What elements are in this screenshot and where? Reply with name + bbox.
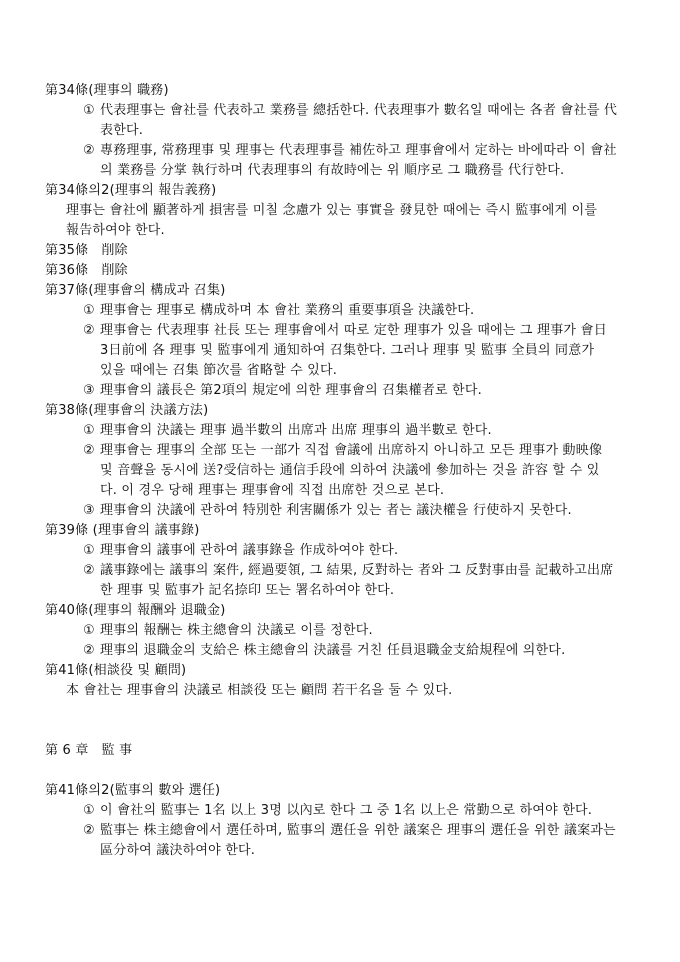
item-number-marker: ③ [83,381,100,401]
numbered-item-continuation: 다. 이 경우 당해 理事는 理事會에 직접 出席한 것으로 본다. [45,481,635,501]
numbered-item-line: ②監事는 株主總會에서 選任하며, 監事의 選任을 위한 議案은 理事의 選任을… [45,821,635,841]
item-text: 理事會의 議事에 관하여 議事錄을 作成하여야 한다. [100,543,398,558]
numbered-item-line: ②理事會는 代表理事 社長 또는 理事會에서 따로 定한 理事가 있을 때에는 … [45,321,635,341]
article-header: 第41條의2(監事의 數와 選任) [45,781,635,801]
numbered-item-continuation: 한 理事 및 監事가 記名捺印 또는 署名하여야 한다. [45,581,635,601]
item-number-marker: ③ [83,501,100,521]
item-text: 理事의 報酬는 株主總會의 決議로 이를 정한다. [100,623,373,638]
numbered-item-line: ①理事會의 議事에 관하여 議事錄을 作成하여야 한다. [45,541,635,561]
item-number-marker: ② [83,561,100,581]
item-text: 理事會는 理事로 構成하며 本 會社 業務의 重要事項을 決議한다. [100,303,474,318]
numbered-item-line: ①理事會의 決議는 理事 過半數의 出席과 出席 理事의 過半數로 한다. [45,421,635,441]
document-body: 第34條(理事의 職務)①代表理事는 會社를 代表하고 業務를 總括한다. 代表… [45,81,635,861]
item-text: 專務理事, 常務理事 및 理事는 代表理事를 補佐하고 理事會에서 定하는 바에… [100,143,617,158]
paragraph-line: 本 會社는 理事會의 決議로 相談役 또는 顧問 若干名을 둘 수 있다. [45,681,635,701]
item-text: 監事는 株主總會에서 選任하며, 監事의 選任을 위한 議案은 理事의 選任을 … [100,823,616,838]
item-number-marker: ① [83,621,100,641]
numbered-item-continuation: 의 業務를 分掌 執行하며 代表理事의 有故時에는 위 順序로 그 職務를 代行… [45,161,635,181]
numbered-item-line: ①이 會社의 監事는 1名 以上 3명 以內로 한다 그 중 1名 以上은 常勤… [45,801,635,821]
article-header: 第37條(理事會의 構成과 召集) [45,281,635,301]
paragraph-line: 理事는 會社에 顯著하게 損害를 미칠 念慮가 있는 事實을 發見한 때에는 즉… [45,201,635,221]
numbered-item-line: ③理事會의 決議에 관하여 特別한 利害關係가 있는 者는 議決權을 行使하지 … [45,501,635,521]
blank-space [45,761,635,781]
numbered-item-line: ②理事會는 理事의 全部 또는 一部가 직접 會議에 出席하지 아니하고 모든 … [45,441,635,461]
blank-space [45,701,635,741]
item-text: 理事會의 決議에 관하여 特別한 利害關係가 있는 者는 議決權을 行使하지 못… [100,503,572,518]
item-number-marker: ① [83,801,100,821]
article-header: 第34條(理事의 職務) [45,81,635,101]
item-text: 理事會는 理事의 全部 또는 一部가 직접 會議에 出席하지 아니하고 모든 理… [100,443,602,458]
numbered-item-continuation: 있을 때에는 召集 節次를 省略할 수 있다. [45,361,635,381]
document-page: 第34條(理事의 職務)①代表理事는 會社를 代表하고 業務를 總括한다. 代表… [0,0,680,962]
item-text: 理事의 退職金의 支給은 株主總會의 決議를 거친 任員退職金支給規程에 의한다… [100,643,565,658]
article-header: 第36條 削除 [45,261,635,281]
item-number-marker: ② [83,641,100,661]
item-number-marker: ② [83,441,100,461]
numbered-item-line: ③理事會의 議長은 第2項의 規定에 의한 理事會의 召集權者로 한다. [45,381,635,401]
numbered-item-continuation: 區分하여 議決하여야 한다. [45,841,635,861]
item-number-marker: ② [83,141,100,161]
article-header: 第39條 (理事會의 議事錄) [45,521,635,541]
item-number-marker: ② [83,821,100,841]
item-number-marker: ① [83,541,100,561]
numbered-item-line: ①理事會는 理事로 構成하며 本 會社 業務의 重要事項을 決議한다. [45,301,635,321]
numbered-item-line: ②專務理事, 常務理事 및 理事는 代表理事를 補佐하고 理事會에서 定하는 바… [45,141,635,161]
numbered-item-line: ②理事의 退職金의 支給은 株主總會의 決議를 거친 任員退職金支給規程에 의한… [45,641,635,661]
chapter-heading: 第 6 章 監 事 [45,741,635,761]
numbered-item-continuation: 및 音聲을 동시에 送?受信하는 通信手段에 의하여 決議에 參加하는 것을 許… [45,461,635,481]
item-text: 理事會의 決議는 理事 過半數의 出席과 出席 理事의 過半數로 한다. [100,423,492,438]
item-number-marker: ① [83,101,100,121]
item-number-marker: ① [83,421,100,441]
article-header: 第41條(相談役 및 顧問) [45,661,635,681]
item-text: 議事錄에는 議事의 案件, 經過要領, 그 結果, 反對하는 者와 그 反對事由… [100,563,613,578]
article-header: 第34條의2(理事의 報告義務) [45,181,635,201]
numbered-item-line: ②議事錄에는 議事의 案件, 經過要領, 그 結果, 反對하는 者와 그 反對事… [45,561,635,581]
item-text: 이 會社의 監事는 1名 以上 3명 以內로 한다 그 중 1名 以上은 常勤으… [100,803,592,818]
article-header: 第35條 削除 [45,241,635,261]
article-header: 第40條(理事의 報酬와 退職金) [45,601,635,621]
item-number-marker: ② [83,321,100,341]
numbered-item-line: ①代表理事는 會社를 代表하고 業務를 總括한다. 代表理事가 數名일 때에는 … [45,101,635,121]
item-number-marker: ① [83,301,100,321]
numbered-item-line: ①理事의 報酬는 株主總會의 決議로 이를 정한다. [45,621,635,641]
numbered-item-continuation: 3日前에 各 理事 및 監事에게 通知하여 召集한다. 그러나 理事 및 監事 … [45,341,635,361]
item-text: 理事會의 議長은 第2項의 規定에 의한 理事會의 召集權者로 한다. [100,383,482,398]
paragraph-line: 報告하여야 한다. [45,221,635,241]
numbered-item-continuation: 表한다. [45,121,635,141]
item-text: 代表理事는 會社를 代表하고 業務를 總括한다. 代表理事가 數名일 때에는 各… [100,103,617,118]
article-header: 第38條(理事會의 決議方法) [45,401,635,421]
item-text: 理事會는 代表理事 社長 또는 理事會에서 따로 定한 理事가 있을 때에는 그… [100,323,607,338]
